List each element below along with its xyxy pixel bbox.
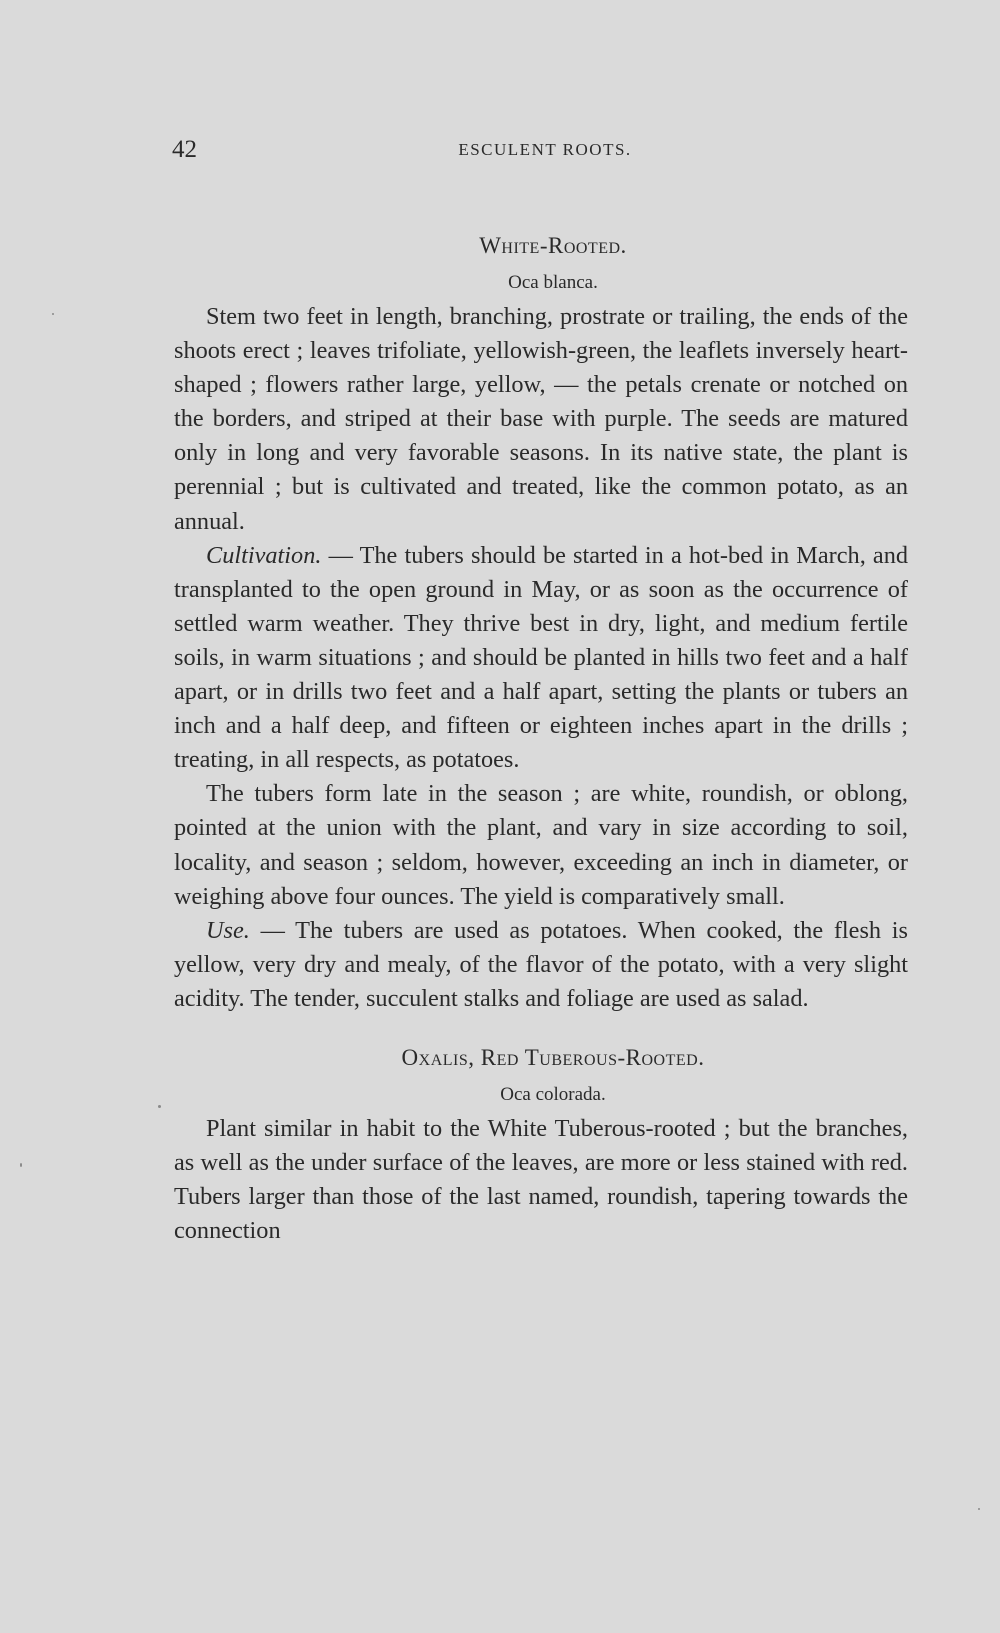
paragraph-tubers: The tubers form late in the season ; are… <box>174 777 908 913</box>
paragraph-text: The tubers form late in the season ; are… <box>174 780 908 909</box>
section-subtitle: Oca blanca. <box>174 266 908 300</box>
paragraph-text: Stem two feet in length, branching, pros… <box>174 303 908 535</box>
paragraph-text: Plant similar in habit to the White Tube… <box>174 1115 908 1244</box>
paragraph-text: — The tubers are used as potatoes. When … <box>174 917 908 1012</box>
book-page: 42 Esculent Roots. White-Rooted. Oca bla… <box>0 0 1000 1633</box>
running-title: Esculent Roots. <box>172 140 908 160</box>
scan-speck <box>158 1105 161 1108</box>
paragraph-text: — The tubers should be started in a hot-… <box>174 542 908 774</box>
text-column: White-Rooted. Oca blanca. Stem two feet … <box>174 226 908 1248</box>
paragraph-use: Use. — The tubers are used as potatoes. … <box>174 914 908 1016</box>
running-head: 42 Esculent Roots. <box>172 136 908 166</box>
paragraph-description: Stem two feet in length, branching, pros… <box>174 300 908 539</box>
section-red-tuberous-rooted: Oxalis, Red Tuberous-Rooted. Oca colorad… <box>174 1038 908 1248</box>
paragraph-cultivation: Cultivation. — The tubers should be star… <box>174 539 908 778</box>
section-title: Oxalis, Red Tuberous-Rooted. <box>174 1038 908 1078</box>
paragraph-description: Plant similar in habit to the White Tube… <box>174 1112 908 1248</box>
section-title: White-Rooted. <box>174 226 908 266</box>
paragraph-lead: Use. <box>206 917 250 944</box>
section-white-rooted: White-Rooted. Oca blanca. Stem two feet … <box>174 226 908 1016</box>
section-subtitle: Oca colorada. <box>174 1078 908 1112</box>
scan-speck <box>52 313 54 315</box>
scan-speck <box>978 1508 980 1510</box>
scan-speck <box>20 1163 22 1167</box>
paragraph-lead: Cultivation. <box>206 542 321 569</box>
